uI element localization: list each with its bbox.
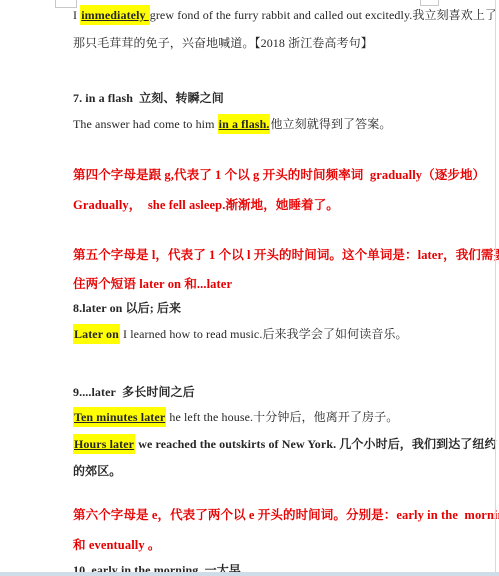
text-line-9: 8.later on 以后; 后来 <box>73 298 181 318</box>
text-line-4: The answer had come to him in a flash.他立… <box>73 114 391 134</box>
text-segment: 他立刻就得到了答案。 <box>270 117 391 131</box>
highlighted-phrase: Hours later <box>73 434 135 454</box>
page-right-border <box>495 0 496 576</box>
text-segment: 7. in a flash 立刻、转瞬之间 <box>73 91 224 105</box>
text-segment: 的郊区。 <box>73 464 121 478</box>
highlighted-phrase: Ten minutes later <box>73 407 166 427</box>
text-line-16: 和 eventually 。 <box>73 535 161 555</box>
text-segment: 第五个字母是 l，代表了 1 个以 l 开头的时间词。这个单词是：later，我… <box>73 248 499 262</box>
text-segment: 我立刻喜欢上了 <box>412 8 497 22</box>
text-line-8: 住两个短语 later on 和...later <box>73 274 232 294</box>
text-segment: Gradually， she fell asleep.渐渐地，她睡着了。 <box>73 198 339 212</box>
text-line-15: 第六个字母是 e，代表了两个以 e 开头的时间词。分别是：early in th… <box>73 505 499 525</box>
text-segment: 第六个字母是 e，代表了两个以 e 开头的时间词。分别是：early in th… <box>73 508 499 522</box>
text-segment: The answer had come to him <box>73 117 218 131</box>
highlighted-phrase: immediately <box>80 5 150 25</box>
text-segment: we reached the outskirts of New York. 几个… <box>135 437 497 451</box>
text-line-14: 的郊区。 <box>73 461 121 481</box>
text-line-5: 第四个字母是跟 g,代表了 1 个以 g 开头的时间频率词 gradually（… <box>73 165 485 185</box>
text-segment: he left the house.十分钟后，他离开了房子。 <box>166 410 398 424</box>
document-page: I immediately grew fond of the furry rab… <box>0 0 499 576</box>
text-line-7: 第五个字母是 l，代表了 1 个以 l 开头的时间词。这个单词是：later，我… <box>73 245 499 265</box>
text-line-13: Hours later we reached the outskirts of … <box>73 434 497 454</box>
text-line-2: 那只毛茸茸的免子，兴奋地喊道。【2018 浙江卷高考句】 <box>73 33 373 53</box>
text-segment: I learned how to read music.后来我学会了如何读音乐。 <box>120 327 408 341</box>
text-segment: 8.later on 以后; 后来 <box>73 301 181 315</box>
text-segment: grew fond of the furry rabbit and called… <box>150 8 413 22</box>
text-segment: 9....later 多长时间之后 <box>73 385 195 399</box>
text-segment: 和 eventually 。 <box>73 538 161 552</box>
text-line-11: 9....later 多长时间之后 <box>73 382 195 402</box>
text-segment: 住两个短语 later on 和...later <box>73 277 232 291</box>
text-line-10: Later on I learned how to read music.后来我… <box>73 324 408 344</box>
highlighted-phrase: Later on <box>73 324 120 344</box>
text-line-6: Gradually， she fell asleep.渐渐地，她睡着了。 <box>73 195 339 215</box>
bottom-strip <box>0 572 499 576</box>
text-line-1: I immediately grew fond of the furry rab… <box>73 5 497 25</box>
text-line-3: 7. in a flash 立刻、转瞬之间 <box>73 88 224 108</box>
highlighted-phrase: in a flash. <box>218 114 271 134</box>
text-segment: 那只毛茸茸的免子，兴奋地喊道。【2018 浙江卷高考句】 <box>73 36 373 50</box>
text-segment: 第四个字母是跟 g,代表了 1 个以 g 开头的时间频率词 gradually（… <box>73 168 485 182</box>
text-line-12: Ten minutes later he left the house.十分钟后… <box>73 407 398 427</box>
